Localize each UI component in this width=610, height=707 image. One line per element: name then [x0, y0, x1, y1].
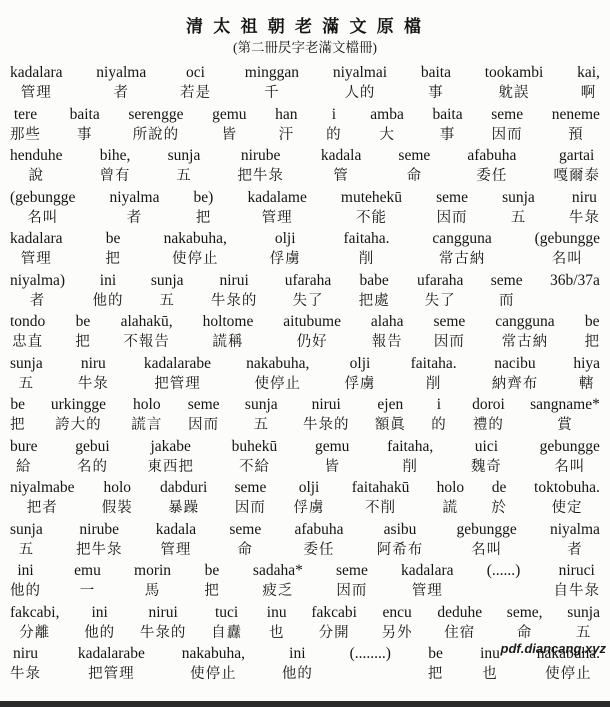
word-pair: be把 [428, 644, 444, 685]
text-line: kadalara管理niyalma者oci若是minggan千niyalmai人… [8, 63, 602, 105]
chinese-gloss: 把管理 [154, 374, 201, 395]
chinese-gloss: 失了 [292, 291, 323, 312]
word-pair: baita事 [70, 105, 100, 146]
manchu-word: ini [100, 271, 116, 291]
manchu-word: kadalara [401, 561, 454, 581]
chinese-gloss: 把 [10, 415, 26, 436]
chinese-gloss: 名叫 [27, 208, 58, 229]
manchu-word: alaha [371, 312, 404, 332]
word-pair: be把 [204, 561, 220, 602]
manchu-word: gebungge [540, 437, 600, 457]
word-pair: nirube把牛彔 [76, 520, 123, 561]
chinese-gloss: 那些 [10, 125, 41, 146]
word-pair: afabuha委任 [467, 146, 516, 187]
chinese-gloss: 他的 [84, 623, 115, 644]
word-pair: seme命 [398, 146, 430, 187]
chinese-gloss: 把 [204, 581, 220, 602]
chinese-gloss: 因而 [437, 208, 468, 229]
manchu-word: niyalmabe [10, 478, 75, 498]
word-pair: sunja五 [10, 520, 43, 561]
manchu-word: seme [229, 520, 261, 540]
word-pair: bure給 [10, 437, 38, 478]
word-pair: toktobuha.使定 [534, 478, 600, 519]
text-line: niyalma)者ini他的sunja五nirui牛彔的ufaraha失了bab… [8, 271, 602, 313]
chinese-gloss: 自牛彔 [553, 581, 600, 602]
chinese-gloss: 名叫 [554, 457, 585, 478]
word-pair: niyalma)者 [10, 271, 65, 312]
word-pair: (gebungge名叫 [535, 229, 600, 270]
manchu-word: seme [398, 146, 430, 166]
word-pair: ini他的 [92, 271, 123, 312]
chinese-gloss: 一 [80, 581, 96, 602]
manchu-word: nakabuha, [246, 354, 309, 374]
manchu-word: nirui [149, 603, 178, 623]
chinese-gloss: 牛彔 [78, 374, 109, 395]
word-pair: tuci自纛 [211, 603, 242, 644]
manchu-word: jakabe [150, 437, 190, 457]
word-pair: gebui名的 [75, 437, 109, 478]
word-pair: i的 [431, 395, 447, 436]
word-pair: gemu皆 [212, 105, 246, 146]
manchu-word: cangguna [495, 312, 554, 332]
manchu-word: faitahakū [352, 478, 410, 498]
word-pair: sunja五 [10, 354, 43, 395]
word-pair: kadala管理 [156, 520, 196, 561]
chinese-gloss: 的 [431, 415, 447, 436]
word-pair: kadalarabe把管理 [144, 354, 211, 395]
word-pair: encu另外 [382, 603, 413, 644]
word-pair: gebungge名叫 [457, 520, 517, 561]
chinese-gloss: 五 [176, 166, 192, 187]
word-pair: niyalmabe把者 [10, 478, 75, 519]
word-pair: alahakū,不報告 [121, 312, 173, 353]
word-pair: amba大 [370, 105, 404, 146]
word-pair: fakcabi分開 [311, 603, 357, 644]
chinese-gloss: 皆 [222, 125, 238, 146]
word-pair: be把 [75, 312, 91, 353]
chinese-gloss: 阿希布 [377, 540, 424, 561]
manchu-word: (gebungge [10, 188, 75, 208]
manchu-word: ini [92, 603, 108, 623]
chinese-gloss: 把 [75, 332, 91, 353]
word-pair: kadalame管理 [247, 188, 306, 229]
page-subtitle: (第二冊昃字老滿文檔冊) [8, 39, 602, 56]
chinese-gloss: 管 [333, 166, 349, 187]
chinese-gloss: 因而 [235, 498, 266, 519]
word-pair: holo謊 [437, 478, 465, 519]
manchu-word: niru [572, 188, 597, 208]
word-pair: de於 [491, 478, 507, 519]
manchu-word: gemu [315, 437, 349, 457]
chinese-gloss: 者 [30, 291, 46, 312]
manchu-word: niruci [559, 561, 595, 581]
chinese-gloss: 者 [127, 208, 143, 229]
manchu-word: i [437, 395, 441, 415]
chinese-gloss: 若是 [180, 83, 211, 104]
manchu-word: encu [382, 603, 411, 623]
chinese-gloss: 管理 [21, 83, 52, 104]
manchu-word: be [428, 644, 443, 664]
manchu-word: kadala [321, 146, 361, 166]
manchu-word: sunja [502, 188, 535, 208]
manchu-word: inu [267, 603, 287, 623]
word-pair: seme而 [491, 271, 523, 312]
manchu-word: tondo [10, 312, 45, 332]
word-pair: neneme預 [552, 105, 600, 146]
manchu-word: holo [133, 395, 161, 415]
chinese-gloss: 把 [105, 249, 121, 270]
manchu-word: babe [359, 271, 388, 291]
word-pair: seme命 [229, 520, 261, 561]
chinese-gloss: 管理 [262, 208, 293, 229]
word-pair: ufaraha失了 [417, 271, 463, 312]
chinese-gloss: 他的 [92, 291, 123, 312]
manchu-word: seme [491, 271, 523, 291]
manchu-word: inu [480, 644, 500, 664]
chinese-gloss: 五 [19, 540, 35, 561]
word-pair: nakabuha.pdf.diancang.xyz使停止 [537, 644, 600, 685]
manchu-word: (......) [487, 561, 521, 581]
chinese-gloss: 管理 [160, 540, 191, 561]
manchu-word: bihe, [100, 146, 131, 166]
chinese-gloss: 分開 [319, 623, 350, 644]
word-pair: kadalara管理 [10, 229, 63, 270]
chinese-gloss: 躭誤 [499, 83, 530, 104]
word-pair: (........) [350, 644, 391, 664]
word-pair: nirui牛彔的 [140, 603, 187, 644]
word-pair: seme因而 [336, 561, 368, 602]
word-pair: sunja五 [168, 146, 201, 187]
word-pair: i的 [326, 105, 342, 146]
manchu-word: seme [336, 561, 368, 581]
word-pair: niru牛彔 [569, 188, 600, 229]
manchu-word: han [275, 105, 297, 125]
text-line: fakcabi,分離ini他的nirui牛彔的tuci自纛inu也fakcabi… [8, 603, 602, 645]
chinese-gloss: 也 [482, 664, 498, 685]
manchu-word: sadaha* [253, 561, 303, 581]
manchu-word: tuci [215, 603, 238, 623]
word-pair: faitahakū不削 [352, 478, 410, 519]
word-pair: nakabuha,使停止 [246, 354, 309, 395]
manchu-word: niyalma [550, 520, 600, 540]
manchu-word: kadalarabe [144, 354, 211, 374]
word-pair: holo假裝 [102, 478, 133, 519]
chinese-gloss: 謊 [443, 498, 459, 519]
manchu-word: doroi [472, 395, 505, 415]
word-pair: inu也 [267, 603, 287, 644]
chinese-gloss: 牛彔 [10, 664, 41, 685]
chinese-gloss: 把 [584, 332, 600, 353]
word-pair: tookambi躭誤 [485, 63, 544, 104]
manchu-word: seme [491, 105, 523, 125]
word-pair: kadalara管理 [10, 63, 63, 104]
manchu-word: be [585, 312, 600, 332]
manchu-word: asibu [384, 520, 417, 540]
chinese-gloss: 馬 [145, 581, 161, 602]
chinese-gloss: 報告 [372, 332, 403, 353]
chinese-gloss: 自纛 [211, 623, 242, 644]
manchu-word: kai, [577, 63, 600, 83]
chinese-gloss: 管理 [412, 581, 443, 602]
word-pair: seme因而 [188, 395, 220, 436]
manchu-word: buhekū [232, 437, 278, 457]
manchu-word: i [332, 105, 336, 125]
word-pair: niruci自牛彔 [553, 561, 600, 602]
chinese-gloss: 管理 [21, 249, 52, 270]
manchu-word: be [205, 561, 220, 581]
word-pair: niru牛彔 [10, 644, 41, 685]
manchu-word: afabuha [467, 146, 516, 166]
manchu-word: dabduri [160, 478, 207, 498]
chinese-gloss: 賞 [557, 415, 573, 436]
chinese-gloss: 他的 [282, 664, 313, 685]
word-pair: be把 [105, 229, 121, 270]
chinese-gloss: 而 [499, 291, 515, 312]
word-pair: uici魏奇 [471, 437, 502, 478]
manchu-word: oci [186, 63, 205, 83]
word-pair: han汗 [275, 105, 297, 146]
word-pair: minggan千 [245, 63, 299, 104]
word-pair: be把 [10, 395, 26, 436]
chinese-gloss: 汗 [279, 125, 295, 146]
word-pair: sangname*賞 [530, 395, 600, 436]
word-pair: gebungge名叫 [540, 437, 600, 478]
manchu-word: nirube [241, 146, 281, 166]
chinese-gloss: 不報告 [123, 332, 170, 353]
word-pair: fakcabi,分離 [10, 603, 59, 644]
text-line: niru牛彔kadalarabe把管理nakabuha,使停止ini他的(...… [8, 644, 602, 686]
manchu-word: ufaraha [417, 271, 463, 291]
word-pair: sunja五 [567, 603, 600, 644]
chinese-gloss: 把處 [359, 291, 390, 312]
manchu-word: holo [103, 478, 131, 498]
manchu-word: niyalma) [10, 271, 65, 291]
word-pair: cangguna常古納 [495, 312, 554, 353]
word-pair: afabuha委任 [294, 520, 343, 561]
word-pair: niru牛彔 [78, 354, 109, 395]
chinese-gloss: 也 [269, 623, 285, 644]
chinese-gloss: 使停止 [545, 664, 592, 685]
word-pair: olji俘虜 [294, 478, 325, 519]
manchu-word: serengge [128, 105, 183, 125]
manchu-word: ini [17, 561, 33, 581]
manchu-word: seme [433, 312, 465, 332]
word-pair: aitubume仍好 [283, 312, 341, 353]
manchu-word: niyalmai [333, 63, 387, 83]
chinese-gloss: 給 [16, 457, 32, 478]
chinese-gloss: 五 [576, 623, 592, 644]
manchu-word: kadalame [247, 188, 306, 208]
manchu-word: (gebungge [535, 229, 600, 249]
manchu-word: holo [437, 478, 465, 498]
word-pair: bihe,曾有 [100, 146, 131, 187]
manchu-word: sangname* [530, 395, 600, 415]
word-pair: seme因而 [491, 105, 523, 146]
word-pair: baita事 [433, 105, 463, 146]
chinese-gloss: 五 [254, 415, 270, 436]
manchu-word: olji [275, 229, 296, 249]
word-pair: faitaha,削 [387, 437, 433, 478]
chinese-gloss: 曾有 [100, 166, 131, 187]
manchu-word: ini [289, 644, 305, 664]
word-pair: niyalma者 [96, 63, 146, 104]
chinese-gloss: 於 [491, 498, 507, 519]
manchu-word: seme, [507, 603, 543, 623]
word-pair: deduhe住宿 [437, 603, 482, 644]
chinese-gloss: 假裝 [102, 498, 133, 519]
chinese-gloss: 額眞 [375, 415, 406, 436]
chinese-gloss: 使停止 [190, 664, 237, 685]
text-line: (gebungge名叫niyalma者be)把kadalame管理mutehek… [8, 188, 602, 230]
chinese-gloss: 削 [426, 374, 442, 395]
chinese-gloss: 削 [359, 249, 375, 270]
manchu-word: deduhe [437, 603, 482, 623]
chinese-gloss: 五 [511, 208, 527, 229]
folio-marker: 36b/37a [550, 271, 600, 291]
manchu-word: henduhe [10, 146, 63, 166]
word-pair: niyalmai人的 [333, 63, 387, 104]
manchu-word: nacibu [494, 354, 535, 374]
manchu-word: nakabuha, [164, 229, 227, 249]
manchu-word: bure [10, 437, 38, 457]
word-pair: henduhe說 [10, 146, 63, 187]
word-pair: seme因而 [436, 188, 468, 229]
chinese-gloss: 分離 [19, 623, 50, 644]
manchu-word: mutehekū [341, 188, 402, 208]
word-pair: nacibu納齊布 [492, 354, 539, 395]
word-pair: olji俘虜 [344, 354, 375, 395]
word-pair: holo謊言 [131, 395, 162, 436]
chinese-gloss: 命 [238, 540, 254, 561]
manchu-word: seme [188, 395, 220, 415]
chinese-gloss: 皆 [324, 457, 340, 478]
word-pair: ejen額眞 [375, 395, 406, 436]
word-pair: be把 [584, 312, 600, 353]
chinese-gloss: 名的 [77, 457, 108, 478]
chinese-gloss: 他的 [10, 581, 41, 602]
chinese-gloss: 使停止 [255, 374, 302, 395]
chinese-gloss: 把者 [27, 498, 58, 519]
manchu-word: faitaha, [387, 437, 433, 457]
word-pair: hiya轄 [573, 354, 600, 395]
chinese-gloss: 牛彔的 [211, 291, 258, 312]
manchu-word: morin [134, 561, 171, 581]
word-pair: 36b/37a [550, 271, 600, 291]
manchu-word: fakcabi, [10, 603, 59, 623]
manchu-word: niyalma [110, 188, 160, 208]
page-bottom-scan-edge [0, 701, 610, 707]
word-pair: kadala管 [321, 146, 361, 187]
chinese-gloss: 事 [77, 125, 93, 146]
manchu-word: neneme [552, 105, 600, 125]
chinese-gloss: 俘虜 [270, 249, 301, 270]
watermark: pdf.diancang.xyz [501, 641, 606, 656]
manchu-word: baita [421, 63, 451, 83]
manchu-word: minggan [245, 63, 299, 83]
chinese-gloss: 使停止 [172, 249, 219, 270]
chinese-gloss: 大 [379, 125, 395, 146]
manchu-word: afabuha [294, 520, 343, 540]
manchu-word: hiya [573, 354, 600, 374]
word-pair: oci若是 [180, 63, 211, 104]
chinese-gloss: 暴躁 [168, 498, 199, 519]
manchu-word: faitaha. [411, 354, 457, 374]
word-pair: mutehekū不能 [341, 188, 402, 229]
chinese-gloss: 把牛彔 [237, 166, 284, 187]
chinese-gloss: 牛彔的 [140, 623, 187, 644]
chinese-gloss: 的 [326, 125, 342, 146]
chinese-gloss: 納齊布 [492, 374, 539, 395]
chinese-gloss: 不給 [239, 457, 270, 478]
chinese-gloss: 東西把 [147, 457, 194, 478]
word-pair: faitaha.削 [411, 354, 457, 395]
word-pair: seme因而 [234, 478, 266, 519]
chinese-gloss: 嘎爾泰 [553, 166, 600, 187]
manchu-word: emu [74, 561, 101, 581]
chinese-gloss: 把管理 [88, 664, 135, 685]
manchu-word: tookambi [485, 63, 544, 83]
word-pair: nakabuha,使停止 [164, 229, 227, 270]
chinese-gloss: 名叫 [552, 249, 583, 270]
word-pair: urkingge誇大的 [51, 395, 106, 436]
word-pair: serengge所說的 [128, 105, 183, 146]
manchu-word: gebui [75, 437, 109, 457]
manchu-word: olji [299, 478, 320, 498]
word-pair: niyalma者 [550, 520, 600, 561]
word-pair: seme,命 [507, 603, 543, 644]
interlinear-body: kadalara管理niyalma者oci若是minggan千niyalmai人… [8, 63, 602, 686]
manchu-word: amba [370, 105, 404, 125]
word-pair: holtome謊稱 [203, 312, 254, 353]
chinese-gloss: 命 [517, 623, 533, 644]
manchu-word: sunja [245, 395, 278, 415]
word-pair: tondo忠直 [10, 312, 45, 353]
chinese-gloss: 疲乏 [262, 581, 293, 602]
manchu-word: ejen [377, 395, 403, 415]
manchu-word: be [10, 395, 25, 415]
word-pair: nirui牛彔的 [303, 395, 350, 436]
manchu-word: seme [436, 188, 468, 208]
document-page: 清 太 祖 朝 老 滿 文 原 檔 (第二冊昃字老滿文檔冊) kadalara管… [0, 0, 610, 707]
manchu-word: faitaha. [344, 229, 390, 249]
text-line: niyalmabe把者holo假裝dabduri暴躁seme因而olji俘虜fa… [8, 478, 602, 520]
manchu-word: baita [433, 105, 463, 125]
manchu-word: nirui [220, 271, 249, 291]
manchu-word: aitubume [283, 312, 341, 332]
word-pair: (gebungge名叫 [10, 188, 75, 229]
chinese-gloss: 常古納 [502, 332, 549, 353]
word-pair: kadalarabe把管理 [78, 644, 145, 685]
manchu-word: sunja [168, 146, 201, 166]
word-pair: jakabe東西把 [147, 437, 194, 478]
manchu-word: gebungge [457, 520, 517, 540]
word-pair: seme因而 [433, 312, 465, 353]
text-line: sunja五nirube把牛彔kadala管理seme命afabuha委任asi… [8, 520, 602, 562]
word-pair: cangguna常古納 [432, 229, 491, 270]
chinese-gloss: 禮的 [473, 415, 504, 436]
manchu-word: toktobuha. [534, 478, 600, 498]
chinese-gloss: 住宿 [444, 623, 475, 644]
word-pair: gemu皆 [315, 437, 349, 478]
text-line: bure給gebui名的jakabe東西把buhekū不給gemu皆faitah… [8, 437, 602, 479]
word-pair: emu一 [74, 561, 101, 602]
word-pair: dabduri暴躁 [160, 478, 207, 519]
chinese-gloss: 把 [428, 664, 444, 685]
chinese-gloss: 失了 [425, 291, 456, 312]
text-line: henduhe說bihe,曾有sunja五nirube把牛彔kadala管sem… [8, 146, 602, 188]
manchu-word: gemu [212, 105, 246, 125]
manchu-word: be [76, 312, 91, 332]
